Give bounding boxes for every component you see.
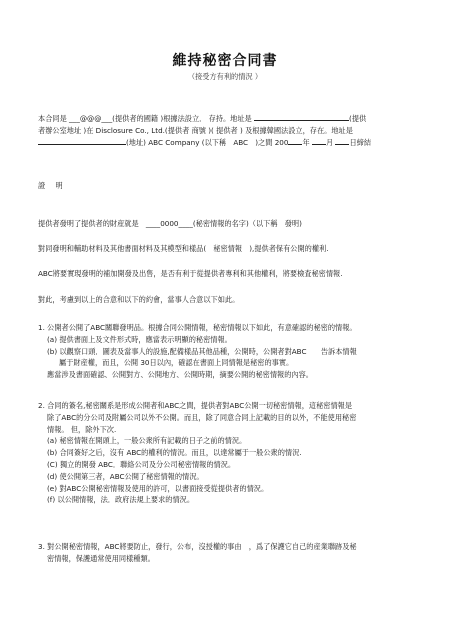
clause-2: 2. 合同的簽名,秘密關系是形成公開者和ABC之間，提供者對ABC公開一切秘密情… [38,400,416,506]
clause-3: 3. 對公開秘密情報，ABC將要防止，發行，公布，沒授權的事由 ，爲了保護它自己… [38,541,416,565]
clause-2-cont-2: 情報。 但，除外下次. [38,424,416,436]
address-blank [254,113,349,121]
intro-line-1: 本合同是 ___@@@___(提供者的國籍 )根據法設立． 存持。地址是 (提供 [38,113,416,125]
clause-3-text: 3. 對公開秘密情報，ABC將要防止，發行，公布，沒授權的事由 ，爲了保護它自己… [38,541,416,553]
intro-line-2: 者辦公室地址 )在 Disclosure Co., Ltd.(提供者 商號 )(… [38,125,416,137]
recital-paragraph-4: 對此，考慮到以上的合意和以下的約會，當事人合意以下如此。 [38,294,416,306]
recital-paragraph-2: 對同發明和輔助材料及其他書面材料及其模型和樣品( 秘密情報 ),提供者保有公開的… [38,243,416,255]
clause-2-item-c: (C) 獨立的開發 ABC．聯絡公司及分公司秘密情報的情況。 [38,459,416,471]
document-title: 維持秘密合同書 [0,50,450,70]
clause-1-item-b-cont: 屬于財産權，而且，公開 30日以內，確認在書面上同情報是秘密的事實。 [38,357,416,369]
clause-2-item-b: (b) 合同簽好之后，沒有 ABC的權利的情況。而且，以達常屬于一般公衆的情況. [38,447,416,459]
clause-2-item-a: (a) 秘密情報在開頭上，一般公衆所有記載的日子之前的情況。 [38,435,416,447]
clause-2-item-d: (d) 使公開第三者，ABC公開了秘密情報的情況。 [38,471,416,483]
clause-1-text: 1. 公開者公開了ABC關聯發明品。根據合同公開情報，秘密情報以下如此，有意確認… [38,322,416,334]
document-subtitle: （接受方有利的情況 ） [0,72,450,82]
clause-2-item-f: (f) 以公開情報，法．政府法規上要求的情況。 [38,494,416,506]
nationality-blank: ___@@@___ [69,114,112,123]
clause-1-item-b: (b) 以觀察口頭．圖表及當事人的設施,配備樣品其他品種，公開時，公開者對ABC… [38,346,416,358]
day-blank [335,137,349,145]
document-page: 維持秘密合同書 （接受方有利的情況 ） 本合同是 ___@@@___(提供者的國… [0,0,450,636]
clause-1-item-a: (a) 提供書面上及文件形式時，應當表示明顯的秘密情報。 [38,334,416,346]
section-heading: 證 明 [38,180,416,192]
invention-name-blank: ____0000____ [146,219,193,228]
intro-paragraph: 本合同是 ___@@@___(提供者的國籍 )根據法設立． 存持。地址是 (提供… [38,113,416,148]
clause-2-cont-1: 除了ABC的分公司及附屬公司以外不公開。而且，除了同意合同上記載的目的以外，不能… [38,412,416,424]
clause-3-cont-1: 密情報，保護通常使用同樣種類。 [38,553,416,565]
address-blank-2 [38,137,126,145]
year-blank [288,137,302,145]
recital-paragraph-3: ABC將要實現發明的補加開發及出售，是否有利于從提供者專利和其他權利，將要檢査秘… [38,268,416,280]
month-blank [312,137,326,145]
recital-paragraph-1: 提供者發明了提供者的財産就是 ____0000____(秘密情報的名字)（以下稱… [38,218,416,230]
clause-1-tail: 應當涉及書面確認、公開對方、公開地方、公開時期，摘要公開的秘密情報的內容。 [38,369,416,381]
clause-2-text: 2. 合同的簽名,秘密關系是形成公開者和ABC之間，提供者對ABC公開一切秘密情… [38,400,416,412]
clause-2-item-e: (e) 對ABC公開秘密情報及使用的許可，以書面接受從提供者的情況。 [38,483,416,495]
intro-line-3: (地址) ABC Company (以下稱 ABC )之間 200年 月 日締結 [38,137,416,149]
clause-1: 1. 公開者公開了ABC關聯發明品。根據合同公開情報，秘密情報以下如此，有意確認… [38,322,416,381]
